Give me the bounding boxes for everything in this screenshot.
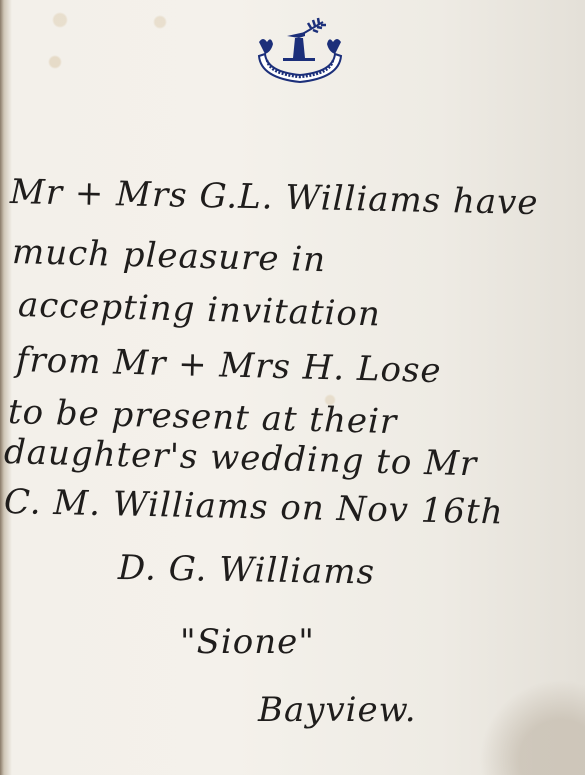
letter-line-3: accepting invitation (17, 285, 381, 334)
crest-hand-with-branch-icon (253, 14, 347, 92)
signature-place: Bayview. (258, 690, 417, 730)
letter-line-2: much pleasure in (11, 232, 326, 280)
letter-paper: Mr + Mrs G.L. Williams have much pleasur… (0, 0, 585, 775)
letter-line-7: C. M. Williams on Nov 16th (4, 482, 504, 532)
signature-name: D. G. Williams (118, 548, 376, 592)
letter-line-1: Mr + Mrs G.L. Williams have (10, 172, 539, 223)
letter-line-6: daughter's wedding to Mr (3, 432, 477, 484)
signature-house-name: "Sione" (180, 622, 315, 662)
letter-line-4: from Mr + Mrs H. Lose (15, 340, 442, 391)
